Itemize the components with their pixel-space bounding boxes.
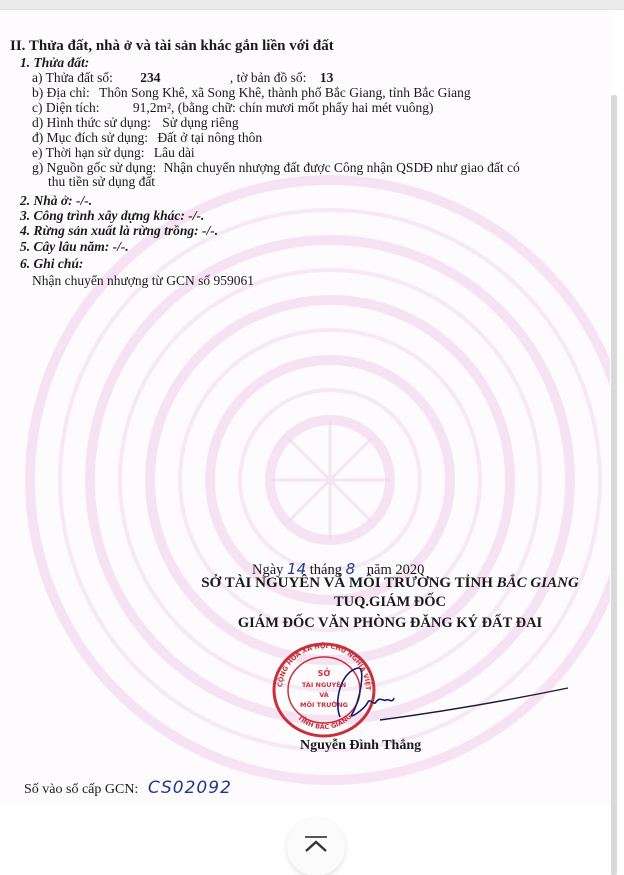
registry-number-label: Số vào sổ cấp GCN: (24, 782, 138, 797)
usage-form-value: Sử dụng riêng (162, 115, 238, 130)
area-label: c) Diện tích: (32, 100, 99, 115)
notes-value: Nhận chuyển nhượng từ GCN số 959061 (32, 273, 254, 289)
usage-term-value: Lâu dài (154, 145, 195, 160)
notes-heading: 6. Ghi chú: (20, 256, 83, 272)
address-label: b) Địa chỉ: (32, 85, 90, 100)
other-construction-item: 3. Công trình xây dựng khác: -/-. (20, 208, 204, 224)
vertical-scrollbar[interactable] (611, 95, 617, 875)
usage-purpose-row: đ) Mục đích sử dụng: Đất ở tại nông thôn (32, 130, 262, 146)
production-forest-item: 4. Rừng sản xuất là rừng trồng: -/-. (20, 223, 218, 239)
signer-title: GIÁM ĐỐC VĂN PHÒNG ĐĂNG KÝ ĐẤT ĐAI (180, 615, 600, 632)
perennial-trees-item: 5. Cây lâu năm: -/-. (20, 239, 129, 255)
svg-text:VÀ: VÀ (319, 690, 329, 699)
address-value: Thôn Song Khê, xã Song Khê, thành phố Bắ… (99, 85, 471, 100)
registry-number-row: Số vào sổ cấp GCN: CS02092 (24, 778, 232, 798)
section-title: II. Thửa đất, nhà ở và tài sản khác gắn … (10, 38, 334, 55)
authorization-line: TUQ.GIÁM ĐỐC (180, 594, 600, 611)
origin-value-line1: Nhận chuyển nhượng đất được Công nhận QS… (164, 160, 520, 175)
origin-value-line2: thu tiền sử dụng đất (48, 174, 155, 190)
svg-text:SỞ: SỞ (318, 666, 331, 678)
parcel-number-label: a) Thửa đất số: (32, 70, 113, 86)
usage-form-label: d) Hình thức sử dụng: (32, 115, 151, 130)
parcel-number-row: a) Thửa đất số: 234 , tờ bản đồ số: 13 (32, 70, 333, 86)
scroll-to-top-button[interactable] (287, 818, 345, 875)
usage-term-label: e) Thời hạn sử dụng: (32, 145, 144, 160)
map-sheet-value: 13 (320, 70, 334, 85)
parcel-heading: 1. Thửa đất: (20, 55, 89, 71)
house-item: 2. Nhà ở: -/-. (20, 193, 92, 209)
area-row: c) Diện tích: 91,2m², (bằng chữ: chín mư… (32, 100, 434, 116)
usage-purpose-value: Đất ở tại nông thôn (157, 130, 262, 145)
origin-label: g) Nguồn gốc sử dụng: (32, 160, 156, 175)
chevron-up-bar-icon (287, 818, 345, 875)
usage-purpose-label: đ) Mục đích sử dụng: (32, 130, 148, 145)
org-name: SỞ TÀI NGUYÊN VÀ MÔI TRƯỜNG TỈNH (201, 575, 493, 591)
usage-term-row: e) Thời hạn sử dụng: Lâu dài (32, 145, 195, 161)
area-value: 91,2m², (bằng chữ: chín mươi mốt phẩy ha… (133, 100, 434, 115)
address-row: b) Địa chỉ: Thôn Song Khê, xã Song Khê, … (32, 85, 471, 101)
registry-number-value: CS02092 (148, 778, 232, 798)
issuing-org: SỞ TÀI NGUYÊN VÀ MÔI TRƯỜNG TỈNH BẮC GIA… (180, 575, 600, 592)
certificate-page: II. Thửa đất, nhà ở và tài sản khác gắn … (0, 10, 610, 805)
signer-name: Nguyễn Đình Thắng (300, 738, 421, 754)
org-province: BẮC GIANG (497, 575, 579, 591)
top-bar (0, 0, 624, 10)
map-sheet-label: , tờ bản đồ số: (230, 70, 307, 85)
parcel-number-value: 234 (140, 70, 160, 85)
usage-form-row: d) Hình thức sử dụng: Sử dụng riêng (32, 115, 239, 131)
handwritten-signature (330, 662, 570, 732)
